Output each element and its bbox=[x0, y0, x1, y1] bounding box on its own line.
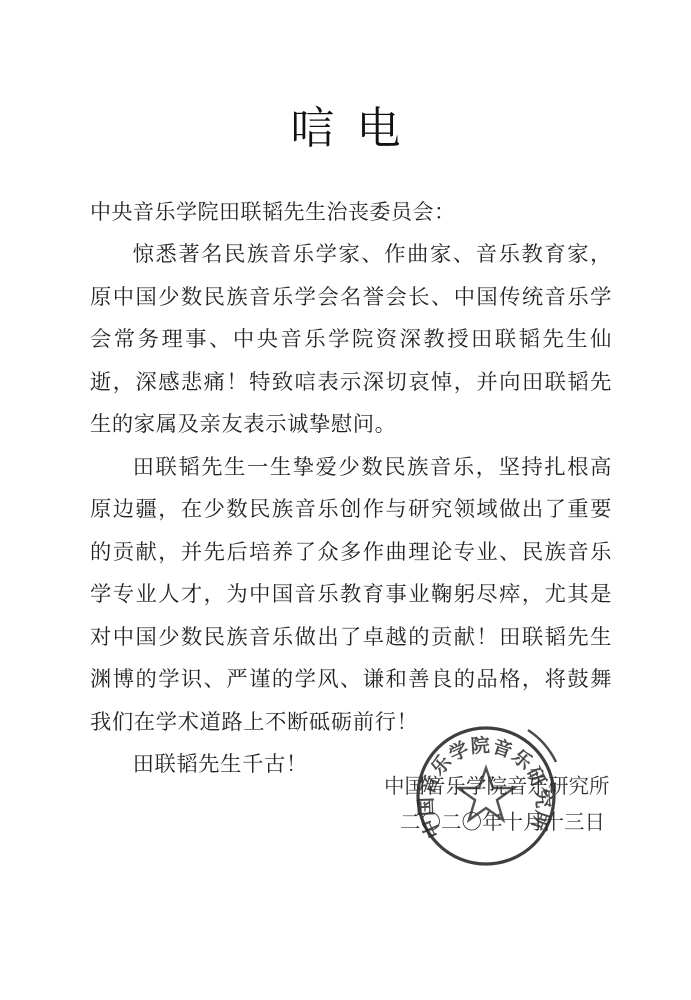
signature-block: 中国音乐学院音乐研究所 二〇二〇年十月十三日 bbox=[384, 768, 614, 840]
paragraph-condolence: 惊悉著名民族音乐学家、作曲家、音乐教育家，原中国少数民族音乐学会名誉会长、中国传… bbox=[90, 234, 612, 447]
salutation: 中央音乐学院田联韬先生治丧委员会： bbox=[90, 196, 456, 226]
signature-date: 二〇二〇年十月十三日 bbox=[384, 804, 614, 840]
signature-organization: 中国音乐学院音乐研究所 bbox=[384, 768, 614, 804]
letter-body: 惊悉著名民族音乐学家、作曲家、音乐教育家，原中国少数民族音乐学会名誉会长、中国传… bbox=[90, 234, 612, 787]
paragraph-tribute: 田联韬先生一生挚爱少数民族音乐，坚持扎根高原边疆，在少数民族音乐创作与研究领域做… bbox=[90, 447, 612, 745]
document-title: 唁电 bbox=[0, 92, 691, 156]
